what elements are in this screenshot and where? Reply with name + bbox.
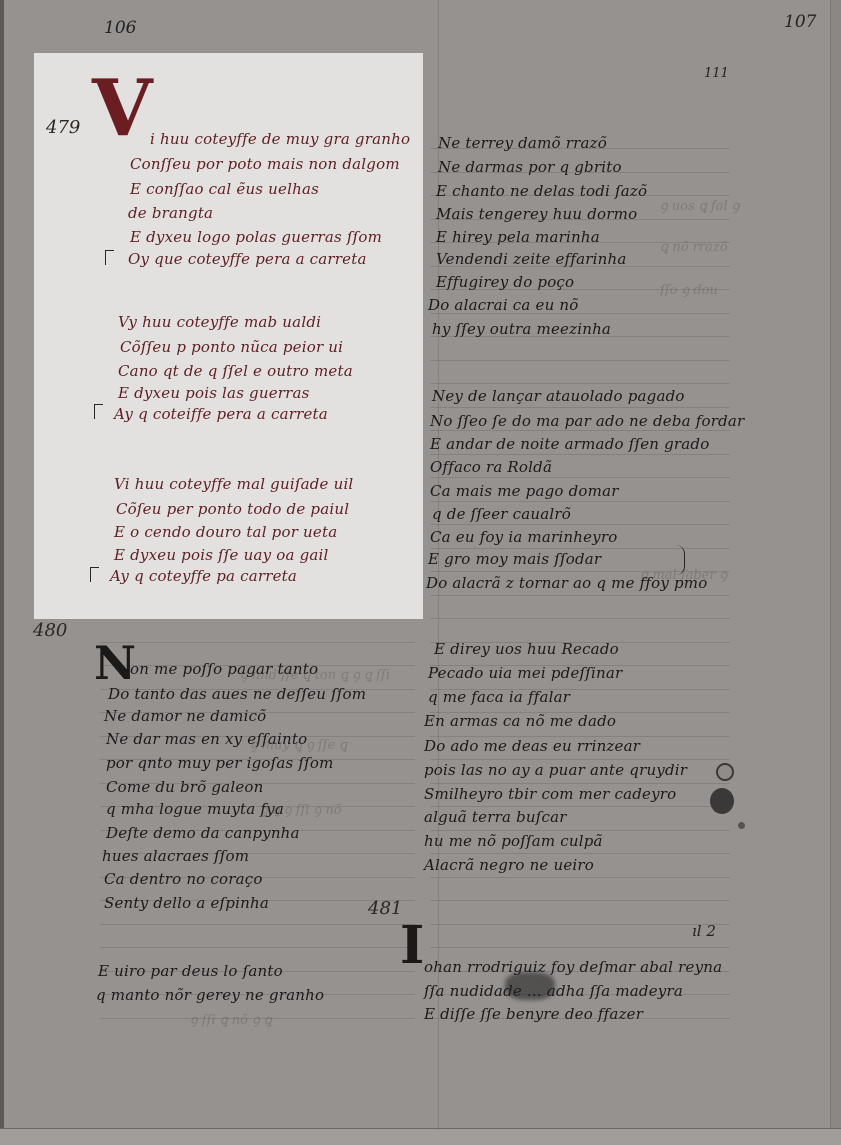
verse-line: Ne terrey damõ rrazõ	[438, 134, 607, 152]
verse-line: q manto nõr gerey ne granho	[96, 986, 324, 1004]
ink-blot	[710, 788, 734, 814]
verse-line: Conſſeu por poto mais non dalgom	[130, 155, 400, 173]
verse-line: E diſſe ſſe benyre deo ffazer	[424, 1005, 643, 1023]
ruled-line	[430, 924, 730, 925]
ruled-line	[430, 759, 730, 760]
verse-line: No ſſeo ſe do ma par ado ne deba fordar	[430, 412, 744, 430]
ruled-line	[430, 783, 730, 784]
verse-line: E uiro par deus lo ſanto	[98, 962, 283, 980]
ruled-line	[430, 877, 730, 878]
ink-blot	[738, 822, 745, 829]
bracket-mark	[676, 545, 685, 575]
verse-line: E andar de noite armado ſſen grado	[430, 435, 709, 453]
verse-line: Ca dentro no coraço	[104, 870, 263, 888]
verse-line: E conſſao cal ẽus uelhas	[130, 180, 319, 198]
verse-line: E chanto ne delas todi ſazõ	[436, 182, 647, 200]
paragraph-mark	[105, 250, 114, 265]
verse-line: Cõſeu per ponto todo de paiul	[116, 500, 349, 518]
bleed-through-text: ſſo ꝯ dou	[660, 280, 718, 298]
verse-line: q de ſſeer caualrõ	[432, 505, 571, 523]
verse-line: En armas ca nõ me dado	[424, 712, 616, 730]
paragraph-mark	[90, 567, 99, 582]
ruled-line	[430, 618, 730, 619]
verse-line: hy ſſey outra meezinha	[432, 320, 611, 338]
verse-line: Effugirey do poço	[436, 273, 574, 291]
verse-line: Cano qt de q ſſel e outro meta	[118, 362, 353, 380]
ruled-line	[430, 524, 730, 525]
verse-line: por qnto muy per igoſas ſſom	[106, 754, 334, 772]
verse-line: i huu coteyffe de muy gra granho	[150, 130, 410, 148]
verse-line: Alacrã negro ne ueiro	[424, 856, 594, 874]
ruled-line	[430, 501, 730, 502]
ruled-line	[430, 454, 730, 455]
verse-line: Ne darmas por q gbrito	[438, 158, 622, 176]
ink-blot	[716, 763, 734, 781]
ruled-line	[430, 806, 730, 807]
verse-line: hues alacraes ſſom	[102, 847, 249, 865]
ruled-line	[430, 947, 730, 948]
verse-line: Ne damor ne damicõ	[104, 707, 266, 725]
ruled-line	[100, 924, 415, 925]
verse-line: Ne dar mas en xy eſſainto	[106, 730, 307, 748]
verse-line: Do tanto das aues ne deſſeu ſſom	[108, 685, 366, 703]
decorated-initial-i: I	[400, 920, 424, 972]
verse-line: q me faca ia ffalar	[428, 688, 570, 706]
verse-line: E o cendo douro tal por ueta	[114, 523, 337, 541]
verse-line: Ay q coteyffe pa carreta	[110, 567, 297, 585]
verse-line: E dyxeu pois ſſe uay oa gail	[114, 546, 329, 564]
poem-number-479: 479	[46, 117, 80, 138]
ruled-line	[430, 900, 730, 901]
verse-line: Ay q coteiffe pera a carreta	[114, 405, 328, 423]
verse-line: de brangta	[128, 204, 213, 222]
verse-line: Offaco ra Roldã	[430, 458, 552, 476]
verse-line: Cõſſeu p ponto nũca peior ui	[120, 338, 343, 356]
ruled-line	[430, 477, 730, 478]
ruled-line	[430, 548, 730, 549]
verse-line: ohan rrodriguiz foy deſmar abal reyna	[424, 958, 722, 976]
verse-line: Vi huu coteyffe mal guiſade uil	[114, 475, 353, 493]
marginal-note: 111	[704, 66, 729, 81]
verse-line: Senty dello a eſpinha	[104, 894, 269, 912]
verse-line: E hirey pela marinha	[436, 228, 600, 246]
verse-line: E dyxeu pois las guerras	[118, 384, 310, 402]
page-bottom-edge	[0, 1128, 841, 1145]
bleed-through-text: ꝯ uos ꝗ fal ꝯ	[660, 196, 739, 214]
ruled-line	[430, 430, 730, 431]
verse-line: alguã terra buſcar	[424, 808, 567, 826]
ruled-line	[430, 853, 730, 854]
poem-number-481: 481	[368, 898, 402, 919]
ink-smudge	[505, 972, 555, 1000]
verse-line: Deſte demo da canpynha	[106, 824, 300, 842]
verse-line: Do ado me deas eu rrinzear	[424, 737, 640, 755]
verse-line: Vy huu coteyffe mab ualdi	[118, 313, 321, 331]
ruled-line	[100, 947, 415, 948]
verse-line: Mais tengerey huu dormo	[436, 205, 637, 223]
verse-line: Smilheyro tbir com mer cadeyro	[424, 785, 676, 803]
manuscript-page: ꝯ uos ꝗ fal ꝯ ꝗ nõ rrazõ ſſo ꝯ dou ꝗ mal…	[0, 0, 841, 1145]
ruled-line	[430, 407, 730, 408]
verse-line: Do alacrã z tornar ao q me ffoy pmo	[426, 574, 707, 592]
ruled-line	[100, 642, 415, 643]
verse-line: E gro moy mais ſſodar	[428, 550, 601, 568]
bleed-through-text: ꝯ ſſi ꝗ nõ ꝯ ꝗ	[190, 1010, 272, 1028]
verse-line: E dyxeu logo polas guerras ſſom	[130, 228, 382, 246]
verse-line: Ney de lançar atauolado pagado	[432, 387, 685, 405]
folio-number-left: 106	[104, 18, 136, 38]
paragraph-mark	[94, 404, 103, 419]
verse-line: Pecado uia mei pdeſſinar	[428, 664, 622, 682]
verse-line: E direy uos huu Recado	[434, 640, 619, 658]
ruled-line	[430, 595, 730, 596]
bleed-through-text: ꝗ nõ rrazõ	[660, 240, 728, 255]
marginal-note-bottom: ıl 2	[692, 922, 716, 940]
ruled-line	[430, 830, 730, 831]
page-right-edge	[830, 0, 841, 1130]
verse-line: q mha logue muyta fya	[106, 800, 284, 818]
folio-number-right: 107	[784, 12, 816, 32]
verse-line: Come du brõ galeon	[106, 778, 264, 796]
decorated-initial-v: V	[92, 70, 153, 148]
verse-line: Do alacrai ca eu nõ	[428, 296, 579, 314]
verse-line: pois las no ay a puar ante qruydir	[424, 761, 687, 779]
verse-line: hu me nõ poſſam culpã	[424, 832, 603, 850]
ruled-line	[430, 360, 730, 361]
ruled-line	[430, 383, 730, 384]
verse-line: Ca eu foy ia marinheyro	[430, 528, 617, 546]
page-left-edge	[0, 0, 4, 1130]
verse-line: Vendendi zeite effarinha	[436, 250, 627, 268]
poem-number-480: 480	[33, 620, 67, 641]
verse-line: Ca mais me pago domar	[430, 482, 619, 500]
verse-line: Oy que coteyffe pera a carreta	[128, 250, 367, 268]
verse-line: on me poſſo pagar tanto	[130, 660, 318, 678]
